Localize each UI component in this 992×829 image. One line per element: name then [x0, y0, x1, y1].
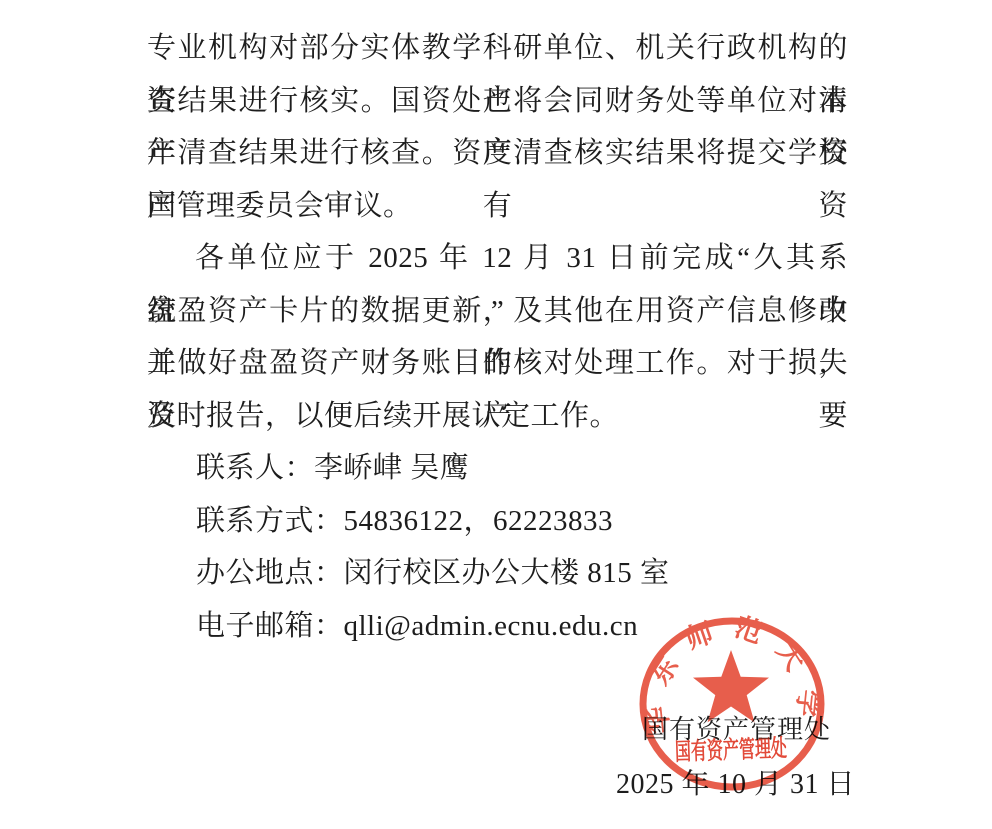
scanned-document-page: { "page": { "background": "#ffffff", "te… [0, 0, 992, 829]
body-line: 查结果进行核实。国资处也将会同财务处等单位对本年度资 [147, 75, 848, 128]
body-line: 各单位应于 2025 年 12 月 31 日前完成“久其系统”中 [147, 232, 848, 285]
body-line: 盘盈资产卡片的数据更新，及其他在用资产信息修改工作， [147, 285, 848, 338]
body-line: 专业机构对部分实体教学科研单位、机关行政机构的资产清 [147, 22, 848, 75]
contact-phone-line: 联系方式：54836122，62223833 [147, 495, 848, 548]
contact-address-line: 办公地点：闵行校区办公大楼 815 室 [147, 547, 848, 600]
body-line: 产清查结果进行核查。资产清查核实结果将提交学校国有资 [147, 127, 848, 180]
contact-person-line: 联系人：李峤峍 吴鹰 [147, 442, 848, 495]
body-line: 并做好盘盈资产财务账目的核对处理工作。对于损失资产要 [147, 337, 848, 390]
document-body: 专业机构对部分实体教学科研单位、机关行政机构的资产清 查结果进行核实。国资处也将… [147, 22, 848, 652]
seal-star-icon [693, 650, 769, 722]
official-seal: 华东师范大学 国有资产管理处 [638, 610, 830, 796]
seal-banner-text: 国有资产管理处 [674, 734, 787, 766]
